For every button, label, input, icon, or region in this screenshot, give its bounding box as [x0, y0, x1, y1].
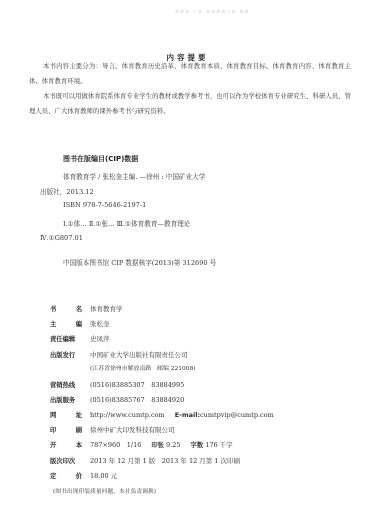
format-label: 开本	[50, 438, 82, 453]
colophon-publisher: 出版发行中国矿业大学出版社有限责任公司	[50, 348, 188, 363]
colophon-price: 定价18.00 元	[50, 469, 117, 484]
email-value: cumtpvip@cumtp.com	[200, 408, 274, 423]
publishing-service-label: 出版服务	[50, 393, 90, 408]
publishing-service-value: (0516)83885767 83884920	[90, 393, 184, 408]
website-label: 网址	[50, 408, 82, 423]
reverse-page-bleed-through: ▪▪▪ ▫▪ ▪▪▪▪▫▪ ▪▪	[175, 8, 250, 15]
words-label: 字数	[191, 442, 204, 449]
colophon-responsible-editor: 责任编辑史凤萍	[50, 332, 110, 347]
colophon-printer: 印刷徐州中矿大印发科技有限公司	[50, 423, 175, 438]
edition-label: 版次印次	[50, 454, 90, 469]
cip-line-subject-index: Ⅰ.①体… Ⅱ.①张… Ⅲ.①体育教育—教育理论	[63, 218, 190, 228]
cip-title: 图书在版编目(CIP)数据	[63, 154, 138, 164]
email-label: E-mail:	[175, 411, 200, 419]
colophon-format: 开本787×960 1/16印张 9.25字数 176 千字	[50, 438, 233, 453]
publisher-label: 出版发行	[50, 348, 90, 363]
colophon-website: 网址http://www.cumtp.comE-mail:cumtpvip@cu…	[50, 408, 274, 423]
sheets-label: 印张	[151, 442, 164, 449]
editor-value: 张松奎	[90, 317, 110, 332]
responsible-editor-label: 责任编辑	[50, 332, 90, 347]
cip-line-classification: Ⅳ.①G807.01	[40, 234, 83, 242]
format-size: 787×960 1/16	[90, 438, 141, 453]
summary-paragraph-1: 本书内容主要分为：导言、体育教育历史沿革、体育教育本质、体育教育目标、体育教育内…	[29, 59, 351, 89]
editor-label: 主编	[50, 317, 82, 332]
cip-line-title-author: 体育教育学 / 张松奎主编. —徐州 : 中国矿业大学	[63, 171, 205, 181]
publisher-address: (江苏省徐州市解放南路 邮编 221008)	[90, 362, 196, 377]
colophon-publishing-service: 出版服务(0516)83885767 83884920	[50, 393, 184, 408]
cip-line-isbn: ISBN 978-7-5646-2197-1	[63, 201, 146, 209]
colophon-edition: 版次印次2013 年 12 月第 1 版 2013 年 12 月第 1 次印刷	[50, 454, 240, 469]
responsible-editor-value: 史凤萍	[90, 332, 110, 347]
price-label: 定价	[50, 469, 82, 484]
edition-value: 2013 年 12 月第 1 版 2013 年 12 月第 1 次印刷	[90, 454, 240, 469]
colophon-book-title: 书名体育教育学	[50, 302, 123, 317]
sheets-value: 9.25	[166, 438, 180, 453]
words-value: 176 千字	[205, 438, 232, 453]
price-value: 18.00 元	[90, 469, 117, 484]
printer-value: 徐州中矿大印发科技有限公司	[90, 423, 175, 438]
quality-notice: (图书出现印装质量问题，本社负责调换)	[53, 486, 156, 495]
publisher-value: 中国矿业大学出版社有限责任公司	[90, 348, 188, 363]
book-title-label: 书名	[50, 302, 82, 317]
marketing-hotline-label: 营销热线	[50, 378, 90, 393]
website-value: http://www.cumtp.com	[90, 408, 165, 423]
book-title-value: 体育教育学	[90, 302, 123, 317]
summary-paragraph-2: 本书既可以用做体育院系体育专业学生的教材或教学参考书，也可以作为学校体育专业研究…	[29, 89, 351, 119]
marketing-hotline-value: (0516)83885307 83884995	[90, 378, 184, 393]
cip-line-publisher-date: 出版社，2013.12	[40, 186, 94, 196]
colophon-marketing-hotline: 营销热线(0516)83885307 83884995	[50, 378, 184, 393]
colophon-editor: 主编张松奎	[50, 317, 110, 332]
printer-label: 印刷	[50, 423, 82, 438]
cip-line-record-number: 中国版本图书馆 CIP 数据核字(2013)第 312690 号	[63, 257, 216, 267]
